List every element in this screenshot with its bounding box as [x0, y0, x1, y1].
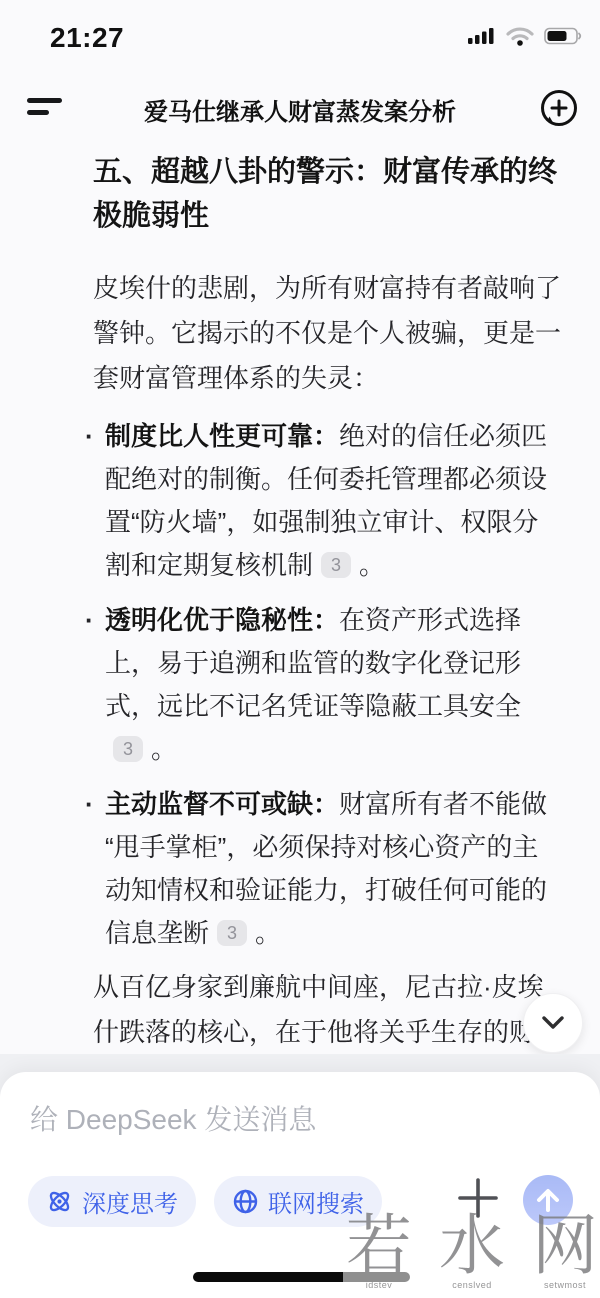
text-line: 割和定期复核机制3。 — [105, 544, 565, 587]
deep-think-button[interactable]: 深度思考 — [28, 1176, 196, 1227]
text-line: 式，远比不记名凭证等隐蔽工具安全 — [105, 685, 565, 728]
text-line: 3。 — [105, 728, 565, 771]
text-line: 配绝对的制衡。任何委托管理都必须设 — [105, 458, 565, 501]
status-bar: 21:27 — [0, 0, 600, 62]
deep-think-label: 深度思考 — [82, 1184, 178, 1219]
header: 爱马仕继承人财富蒸发案分析 — [0, 84, 600, 136]
text-line: 套财富管理体系的失灵： — [93, 356, 565, 401]
deepseek-app-screen: 21:27 爱马仕继承人财富蒸发案分析 — [0, 0, 600, 1298]
send-button[interactable] — [523, 1175, 573, 1225]
composer-sheet: 给 DeepSeek 发送消息 深度思考 联网搜索 — [0, 1072, 600, 1298]
signal-strength-icon — [468, 26, 496, 46]
chevron-down-icon — [540, 1015, 566, 1031]
text-line: “甩手掌柜”，必须保持对核心资产的主 — [105, 826, 565, 869]
assistant-message: 五、超越八卦的警示：财富传承的终 极脆弱性 皮埃什的悲剧，为所有财富持有者敲响了… — [93, 150, 565, 1100]
bullet-lead: 透明化优于隐秘性： — [105, 605, 339, 635]
text-line: 极脆弱性 — [93, 194, 565, 238]
text-line: 警钟。它揭示的不仅是个人被骗，更是一 — [93, 311, 565, 356]
battery-icon — [544, 26, 584, 46]
message-input[interactable]: 给 DeepSeek 发送消息 — [30, 1098, 570, 1138]
globe-icon — [232, 1188, 259, 1215]
citation-badge[interactable]: 3 — [217, 920, 247, 946]
text-line: 上，易于追溯和监管的数字化登记形 — [105, 642, 565, 685]
text-line: 从百亿身家到廉航中间座，尼古拉·皮埃 — [93, 965, 565, 1010]
bullet-lead: 制度比人性更可靠： — [105, 421, 339, 451]
composer-toolbar: 深度思考 联网搜索 — [28, 1176, 382, 1227]
atom-icon — [46, 1188, 73, 1215]
text-line: 置“防火墙”，如强制独立审计、权限分 — [105, 501, 565, 544]
attach-plus-icon[interactable] — [456, 1176, 500, 1220]
citation-badge[interactable]: 3 — [321, 552, 351, 578]
text-line: 制度比人性更可靠：绝对的信任必须匹 — [105, 415, 565, 458]
list-item: 制度比人性更可靠：绝对的信任必须匹 配绝对的制衡。任何委托管理都必须设 置“防火… — [105, 415, 565, 587]
text-line: 主动监督不可或缺：财富所有者不能做 — [105, 783, 565, 826]
text-line: 皮埃什的悲剧，为所有财富持有者敲响了 — [93, 266, 565, 311]
wifi-icon — [506, 26, 534, 46]
chat-title: 爱马仕继承人财富蒸发案分析 — [0, 92, 600, 127]
arrow-up-icon — [535, 1186, 561, 1214]
bullet-list: 制度比人性更可靠：绝对的信任必须匹 配绝对的制衡。任何委托管理都必须设 置“防火… — [93, 415, 565, 955]
text-line: 信息垄断3。 — [105, 912, 565, 955]
new-chat-icon[interactable] — [536, 86, 582, 132]
list-item: 主动监督不可或缺：财富所有者不能做 “甩手掌柜”，必须保持对核心资产的主 动知情… — [105, 783, 565, 955]
bullet-lead: 主动监督不可或缺： — [105, 789, 339, 819]
home-indicator[interactable] — [193, 1272, 410, 1282]
text-line: 透明化优于隐秘性：在资产形式选择 — [105, 599, 565, 642]
text-line: 五、超越八卦的警示：财富传承的终 — [93, 150, 565, 194]
paragraph: 皮埃什的悲剧，为所有财富持有者敲响了 警钟。它揭示的不仅是个人被骗，更是一 套财… — [93, 266, 565, 401]
list-item: 透明化优于隐秘性：在资产形式选择 上，易于追溯和监管的数字化登记形 式，远比不记… — [105, 599, 565, 771]
web-search-button[interactable]: 联网搜索 — [214, 1176, 382, 1227]
scroll-to-bottom-button[interactable] — [523, 993, 583, 1053]
web-search-label: 联网搜索 — [268, 1184, 364, 1219]
citation-badge[interactable]: 3 — [113, 736, 143, 762]
section-heading: 五、超越八卦的警示：财富传承的终 极脆弱性 — [93, 150, 565, 238]
text-line: 什跌落的核心，在于他将关乎生存的财富 — [93, 1010, 565, 1055]
status-time: 21:27 — [50, 22, 124, 54]
text-line: 动知情权和验证能力，打破任何可能的 — [105, 869, 565, 912]
